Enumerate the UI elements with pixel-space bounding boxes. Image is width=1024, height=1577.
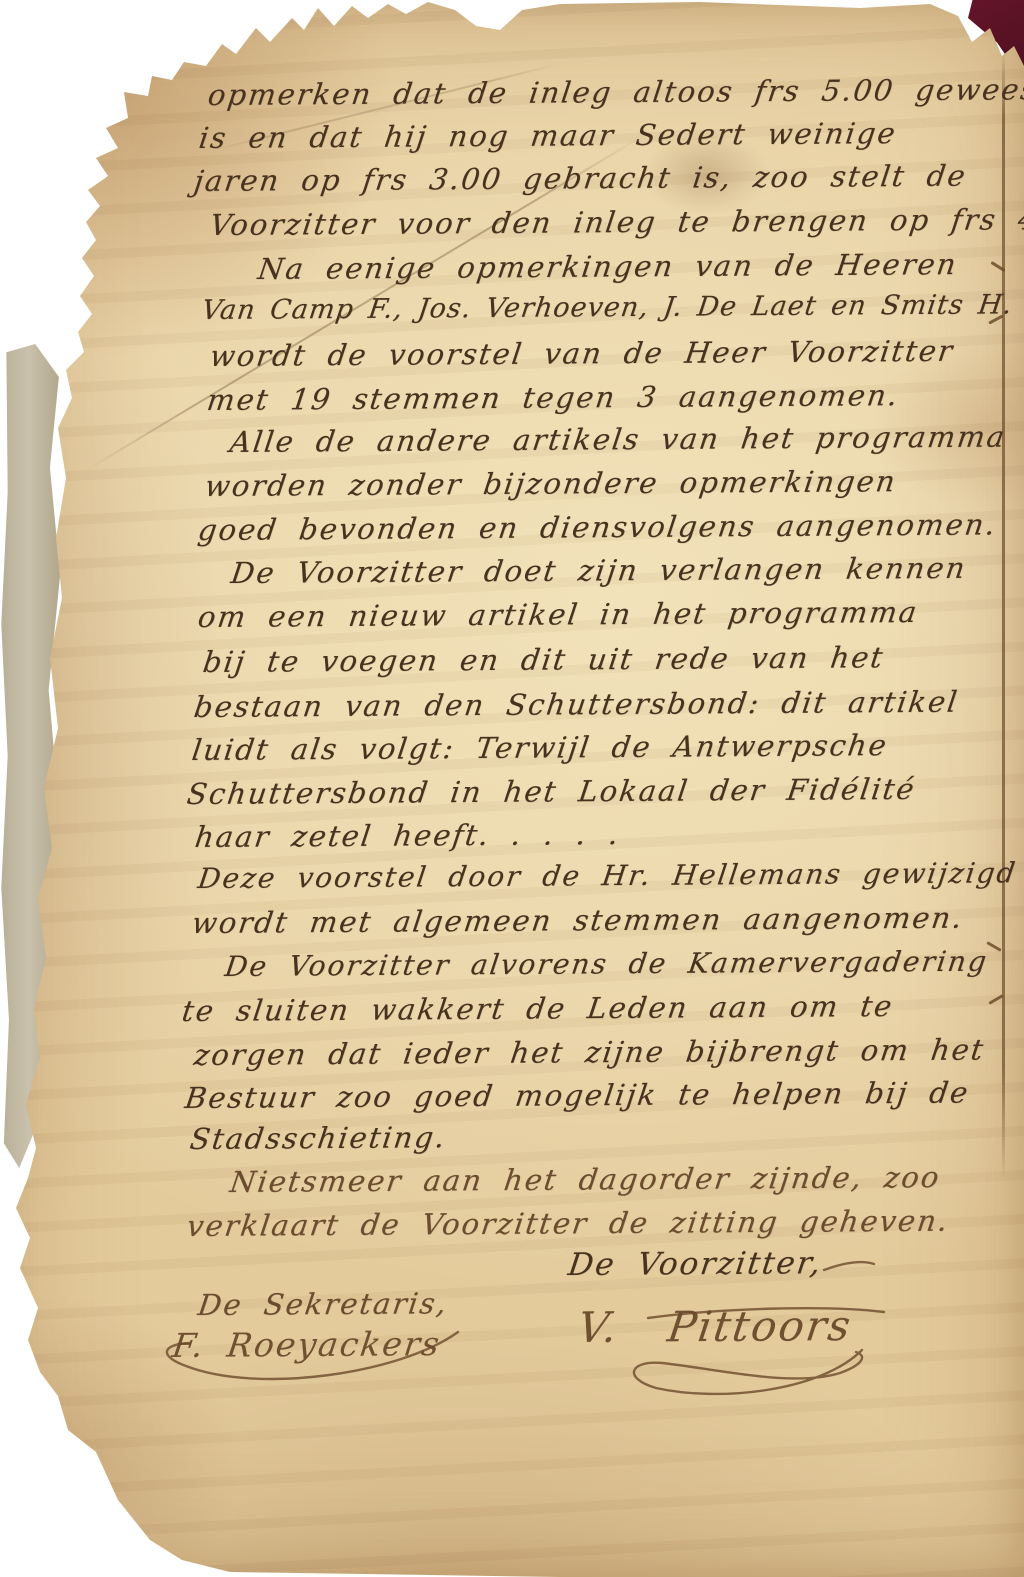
manuscript-line: Stadsschieting. — [188, 1120, 449, 1156]
manuscript-line: goed bevonden en diensvolgens aangenomen… — [196, 507, 999, 547]
manuscript-line: Schuttersbond in het Lokaal der Fidélité — [185, 772, 918, 811]
manuscript-line: wordt de voorstel van de Heer Voorzitter — [208, 334, 956, 373]
manuscript-line: Na eenige opmerkingen van de Heeren — [256, 247, 960, 286]
manuscript-line: Bestuur zoo goed mogelijk te helpen bij … — [183, 1076, 972, 1115]
president-title: De Voorzitter, — [566, 1245, 825, 1283]
manuscript-line: met 19 stemmen tegen 3 aangenomen. — [205, 378, 901, 417]
manuscript-line: worden zonder bijzondere opmerkingen — [203, 464, 899, 503]
manuscript-line: De Voorzitter alvorens de Kamervergaderi… — [223, 945, 990, 983]
president-signature: V. Pittoors — [575, 1301, 855, 1352]
manuscript-line: De Voorzitter doet zijn verlangen kennen — [229, 551, 969, 590]
manuscript-line: zorgen dat ieder het zijne bijbrengt om … — [192, 1032, 987, 1072]
manuscript-line: luidt als volgt: Terwijl de Antwerpsche — [190, 728, 890, 767]
manuscript-line: jaren op frs 3.00 gebracht is, zoo stelt… — [192, 159, 969, 198]
manuscript-line: bestaan van den Schuttersbond: dit artik… — [192, 685, 961, 724]
manuscript-line: bij te voegen en dit uit rede van het — [201, 640, 887, 679]
manuscript-line: Deze voorstel door de Hr. Hellemans gewi… — [196, 856, 1019, 895]
manuscript-line: Voorzitter voor den inleg te brengen op … — [208, 202, 1024, 242]
manuscript-line: verklaart de Voorzitter de zitting gehev… — [185, 1204, 952, 1243]
manuscript-line: te sluiten wakkert de Leden aan om te — [180, 989, 896, 1028]
manuscript-line: haar zetel heeft. . . . . — [193, 817, 622, 854]
scanned-manuscript: opmerken dat de inleg altoos frs 5.00 ge… — [0, 0, 1024, 1577]
manuscript-line: Alle de andere artikels van het programm… — [228, 420, 1008, 459]
secretary-title: De Sekretaris, — [196, 1286, 450, 1322]
manuscript-line: is en dat hij nog maar Sedert weinige — [197, 116, 899, 155]
manuscript-line: om een nieuw artikel in het programma — [196, 595, 921, 634]
manuscript-line: wordt met algemeen stemmen aangenomen. — [190, 901, 966, 940]
secretary-signature: F. Roeyackers — [170, 1324, 443, 1365]
manuscript-line: Van Camp F., Jos. Verhoeven, J. De Laet … — [200, 289, 1015, 326]
manuscript-line: opmerken dat de inleg altoos frs 5.00 ge… — [206, 72, 1024, 112]
manuscript-line: Nietsmeer aan het dagorder zijnde, zoo — [228, 1160, 943, 1199]
